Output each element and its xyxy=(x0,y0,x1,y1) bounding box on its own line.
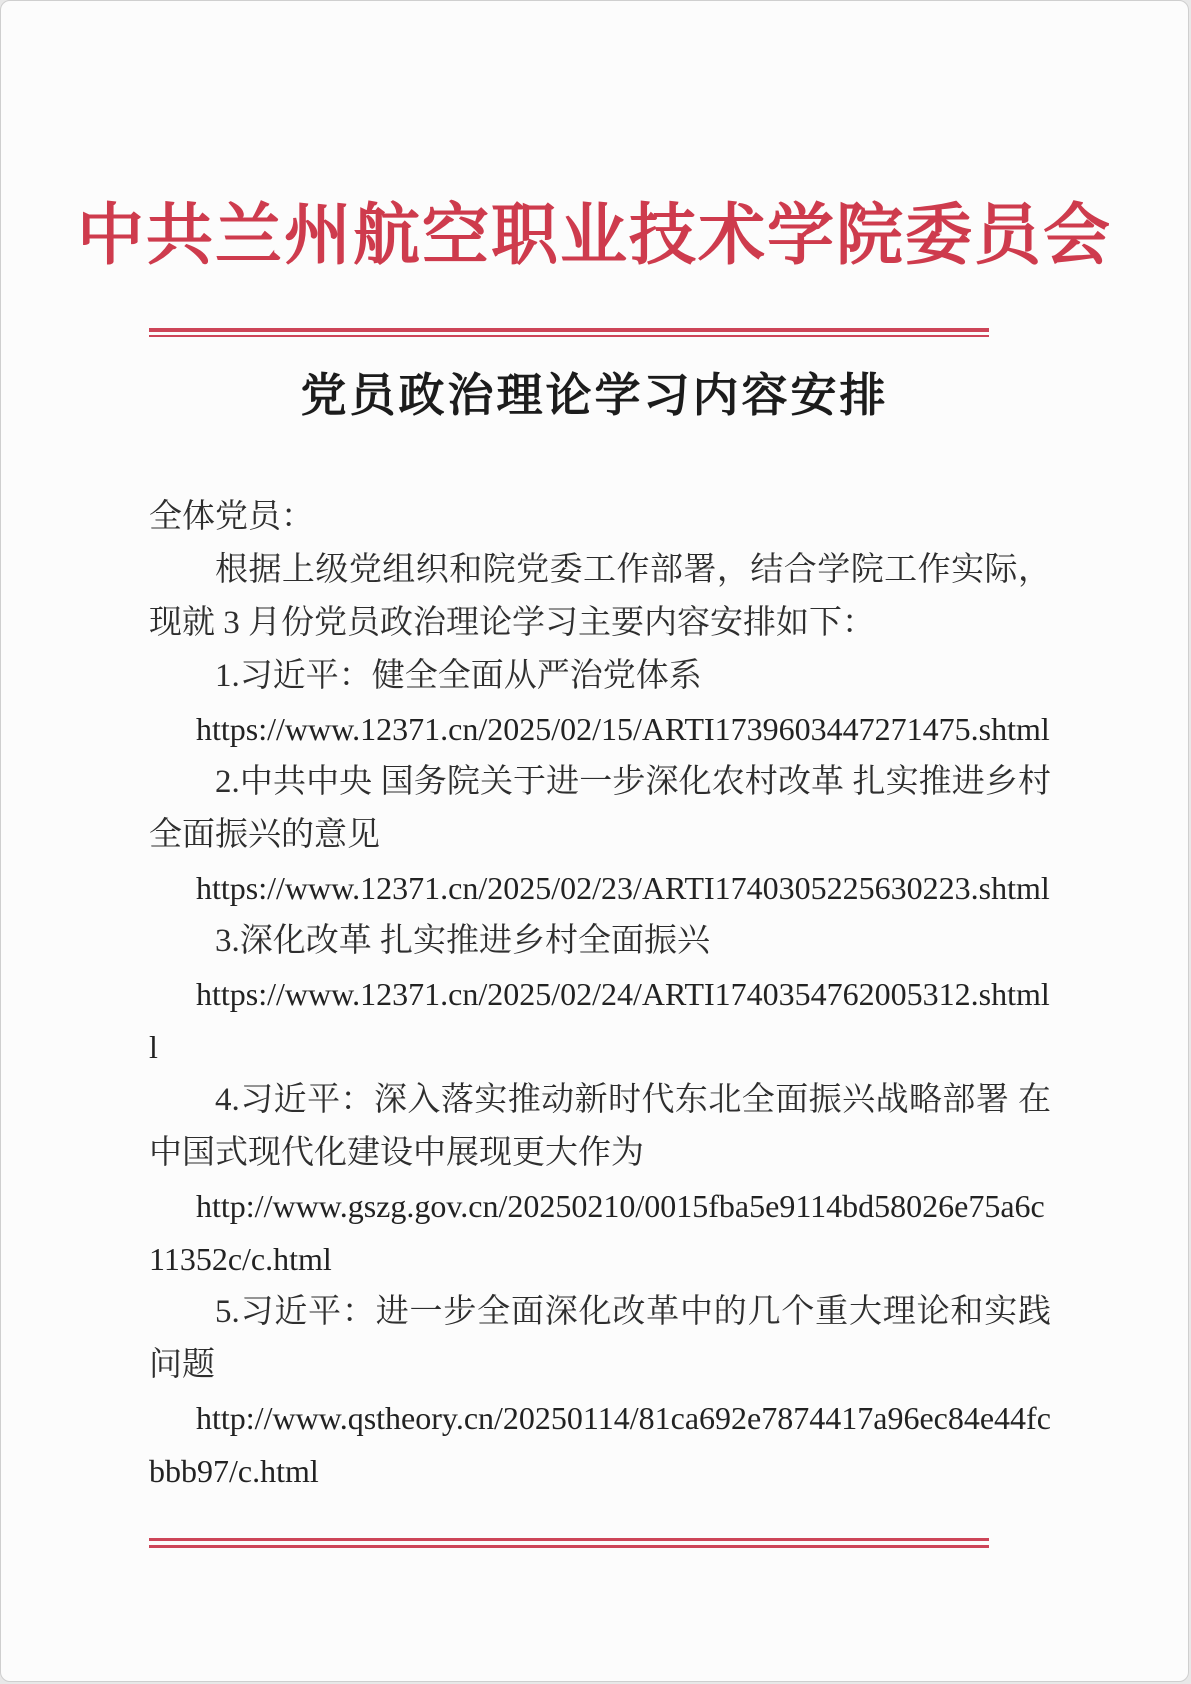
document-body: 全体党员： 根据上级党组织和院党委工作部署，结合学院工作实际，现就 3 月份党员… xyxy=(149,491,1051,1498)
letterhead-title: 中共兰州航空职业技术学院委员会 xyxy=(1,186,1188,286)
study-item-4-url: http://www.gszg.gov.cn/20250210/0015fba5… xyxy=(149,1180,1051,1286)
study-item-1-title: 1.习近平：健全全面从严治党体系 xyxy=(149,650,1051,703)
header-double-rule xyxy=(149,328,989,337)
intro-paragraph: 根据上级党组织和院党委工作部署，结合学院工作实际，现就 3 月份党员政治理论学习… xyxy=(149,544,1051,650)
study-item-4-title: 4.习近平：深入落实推动新时代东北全面振兴战略部署 在中国式现代化建设中展现更大… xyxy=(149,1074,1051,1180)
study-item-2-url: https://www.12371.cn/2025/02/23/ARTI1740… xyxy=(149,862,1051,915)
study-item-5-title: 5.习近平：进一步全面深化改革中的几个重大理论和实践问题 xyxy=(149,1286,1051,1392)
document-title: 党员政治理论学习内容安排 xyxy=(1,369,1188,423)
footer-double-rule xyxy=(149,1538,989,1548)
study-item-1-url: https://www.12371.cn/2025/02/15/ARTI1739… xyxy=(149,703,1051,756)
salutation: 全体党员： xyxy=(149,491,1051,544)
scanned-document-page: 中共兰州航空职业技术学院委员会 党员政治理论学习内容安排 全体党员： 根据上级党… xyxy=(0,0,1189,1682)
study-item-3-url: https://www.12371.cn/2025/02/24/ARTI1740… xyxy=(149,968,1051,1074)
study-item-3-title: 3.深化改革 扎实推进乡村全面振兴 xyxy=(149,915,1051,968)
study-item-2-title: 2.中共中央 国务院关于进一步深化农村改革 扎实推进乡村全面振兴的意见 xyxy=(149,756,1051,862)
study-item-5-url: http://www.qstheory.cn/20250114/81ca692e… xyxy=(149,1392,1051,1498)
